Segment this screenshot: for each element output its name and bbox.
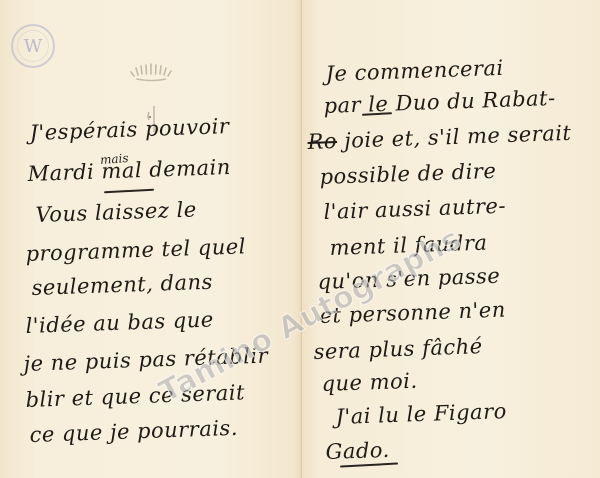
letter-line: ment il faudra [329, 231, 488, 260]
underline-mark [104, 189, 154, 193]
letter-scan: W J'espérais pouvoir [0, 0, 600, 478]
letter-line: et personne n'en [319, 298, 506, 328]
letter-line: J'ai lu le Figaro [335, 399, 507, 429]
letter-line: l'air aussi autre- [323, 194, 506, 224]
letter-line: Ro joie et, s'il me serait [307, 121, 572, 154]
stamp-ring [17, 30, 49, 62]
letter-line: par le Duo du Rabat- [323, 86, 556, 118]
crown-icon [128, 62, 176, 84]
letter-line: seulement, dans [31, 270, 213, 300]
letter-line: possible de dire [319, 159, 497, 189]
left-page: W J'espérais pouvoir [0, 0, 302, 478]
letter-line-text: joie et, s'il me serait [344, 121, 572, 153]
letter-line: programme tel quel [25, 234, 246, 266]
letter-line: Je commencerai [325, 56, 504, 86]
letter-line: je ne puis pas rétablir [23, 343, 268, 376]
letter-line: qu'on s'en passe [317, 264, 500, 294]
letter-line: l'idée au bas que [25, 307, 214, 338]
letter-line: ce que je pourrais. [29, 416, 238, 447]
letter-line: blir et que ce serait [25, 380, 245, 412]
letter-line: J'espérais pouvoir [29, 114, 230, 145]
letter-line: Mardi mal demain [27, 155, 231, 186]
letter-line: Vous laissez le [35, 197, 197, 227]
struck-text: Ro [307, 129, 337, 154]
letter-line: que moi. [321, 369, 418, 396]
right-page: Je commencerai par le Duo du Rabat- Ro j… [302, 0, 600, 478]
letter-line: sera plus fâché [313, 334, 483, 364]
signature: Gado. [325, 438, 390, 464]
collector-stamp: W [11, 24, 55, 68]
